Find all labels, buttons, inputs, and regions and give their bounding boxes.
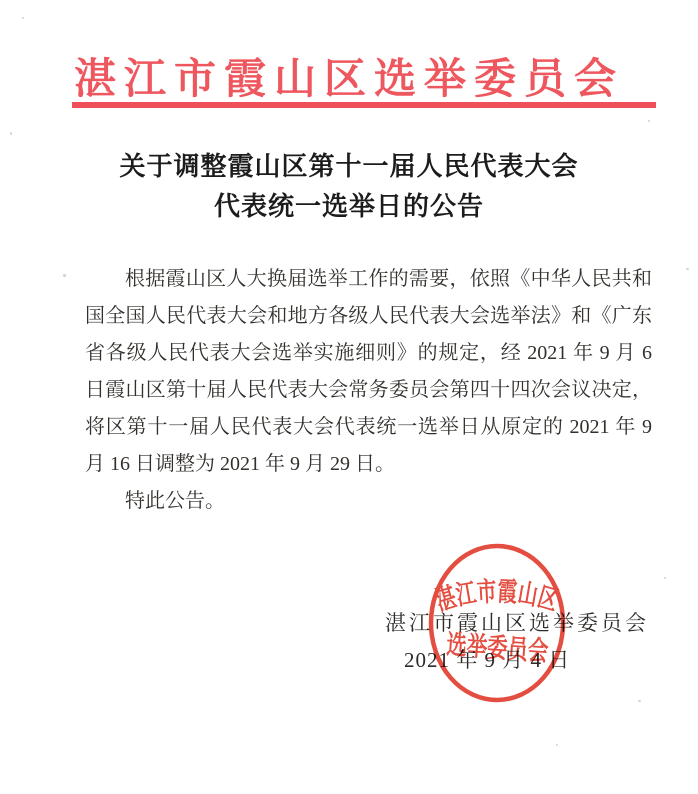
- seal-ring: [431, 546, 563, 700]
- document-title-line2: 代表统一选举日的公告: [0, 186, 698, 223]
- body-line: 日霞山区第十届人民代表大会常务委员会第四十四次会议决定，: [85, 372, 652, 409]
- letterhead-divider-rule: [72, 102, 656, 108]
- scan-speck: [556, 744, 558, 746]
- body-line-closing: 特此公告。: [85, 483, 652, 520]
- scan-speck: [22, 17, 24, 19]
- body-line: 省各级人民代表大会选举实施细则》的规定，经 2021 年 9 月 6: [85, 335, 652, 372]
- letterhead-org-title: 湛江市霞山区选举委员会: [0, 46, 698, 106]
- body-line: 将区第十一届人民代表大会代表统一选举日从原定的 2021 年 9: [85, 409, 652, 446]
- scan-speck: [664, 577, 666, 579]
- announcement-page: 湛江市霞山区选举委员会 关于调整霞山区第十一届人民代表大会 代表统一选举日的公告…: [0, 0, 698, 794]
- seal-text-line2: 选举委员会: [445, 629, 549, 666]
- scan-speck: [638, 700, 641, 702]
- body-line: 月 16 日调整为 2021 年 9 月 29 日。: [85, 446, 652, 483]
- document-title-line1: 关于调整霞山区第十一届人民代表大会: [0, 146, 698, 183]
- seal-text-line1: 湛江市霞山区: [432, 576, 561, 616]
- scan-speck: [63, 274, 66, 277]
- official-seal-stamp: 湛江市霞山区 选举委员会: [421, 539, 573, 707]
- body-text-block: 根据霞山区人大换届选举工作的需要，依照《中华人民共和 国全国人民代表大会和地方各…: [85, 261, 652, 520]
- scan-speck: [686, 268, 689, 270]
- body-line: 国全国人民代表大会和地方各级人民代表大会选举法》和《广东: [85, 298, 652, 335]
- body-line: 根据霞山区人大换届选举工作的需要，依照《中华人民共和: [85, 261, 652, 298]
- scan-speck: [10, 132, 12, 135]
- scan-speck: [648, 120, 650, 122]
